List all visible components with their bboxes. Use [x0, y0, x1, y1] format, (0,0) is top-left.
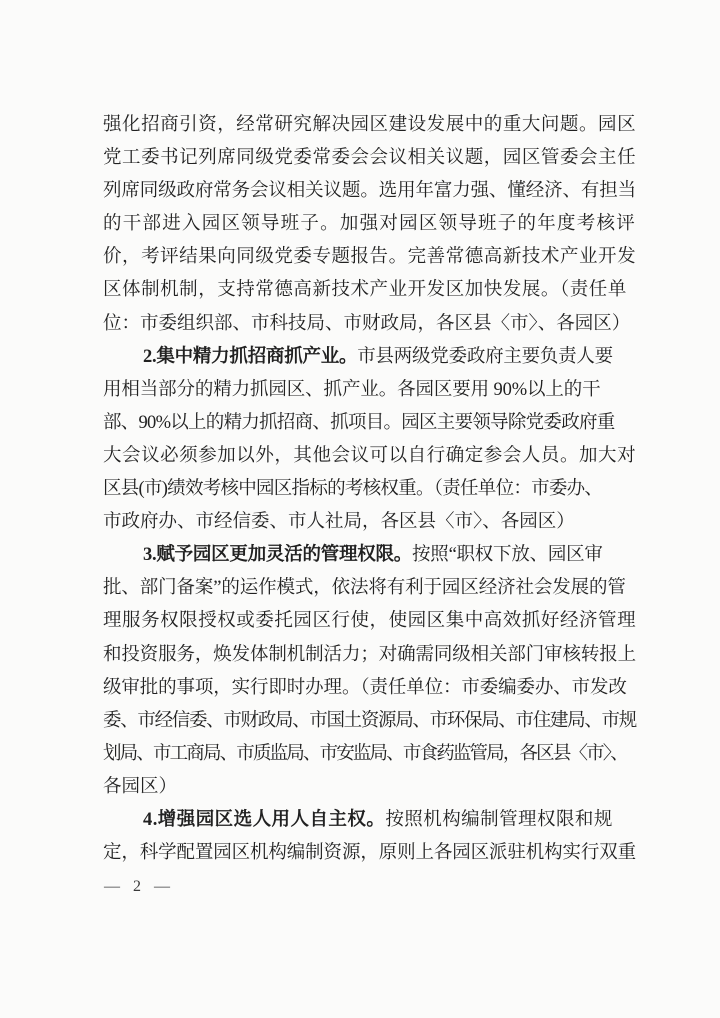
text-line: 划局、市工商局、市质监局、市安监局、市食药监管局，各区县〈市〉、 [103, 738, 636, 771]
body-text: 价，考评结果向同级党委专题报告。完善常德高新技术产业开发 [103, 247, 636, 267]
text-line: 用相当部分的精力抓园区、抓产业。各园区要用 90%以上的干 [103, 374, 636, 407]
body-text: 的干部进入园区领导班子。加强对园区领导班子的年度考核评 [103, 214, 636, 234]
section-heading: 2.集中精力抓招商抓产业。 [143, 347, 357, 367]
text-line: 2.集中精力抓招商抓产业。市县两级党委政府主要负责人要 [103, 341, 636, 374]
body-text: 和投资服务，焕发体制机制活力；对确需同级相关部门审核转报上 [103, 645, 636, 665]
body-text: 按照“职权下放、园区审 [412, 545, 603, 565]
page-number: — 2 — [104, 876, 171, 898]
text-line: 区县(市)绩效考核中园区指标的考核权重。（责任单位：市委办、 [103, 473, 636, 506]
responsibility-unit-text: 各园区） [103, 777, 177, 797]
responsibility-unit-text: 位：市委组织部、市科技局、市财政局，各区县〈市〉、各园区） [103, 314, 630, 334]
body-text: 用相当部分的精力抓园区、抓产业。各园区要用 90%以上的干 [103, 380, 601, 400]
body-text: 市县两级党委政府主要负责人要 [357, 347, 613, 367]
body-text: 列席同级政府常务会议相关议题。选用年富力强、懂经济、有担当 [103, 181, 636, 201]
body-text: 部、90%以上的精力抓招商、抓项目。园区主要领导除党委政府重 [103, 413, 615, 433]
section-heading: 4.增强园区选人用人自主权。 [143, 810, 385, 830]
text-line: 列席同级政府常务会议相关议题。选用年富力强、懂经济、有担当 [103, 175, 636, 208]
document-page: 强化招商引资，经常研究解决园区建设发展中的重大问题。园区党工委书记列席同级党委常… [0, 0, 720, 1018]
text-line: 委、市经信委、市财政局、市国土资源局、市环保局、市住建局、市规 [103, 705, 636, 738]
text-line: 市政府办、市经信委、市人社局，各区县〈市〉、各园区） [103, 506, 636, 539]
body-text: 理服务权限授权或委托园区行使，使园区集中高效抓好经济管理 [103, 611, 636, 631]
text-line: 部、90%以上的精力抓招商、抓项目。园区主要领导除党委政府重 [103, 407, 636, 440]
body-text: 区县(市)绩效考核中园区指标的考核权重。 [103, 479, 434, 499]
body-text: 定，科学配置园区机构编制资源，原则上各园区派驻机构实行双重 [103, 843, 636, 863]
text-line: 4.增强园区选人用人自主权。按照机构编制管理权限和规 [103, 804, 636, 837]
body-text: 强化招商引资，经常研究解决园区建设发展中的重大问题。园区 [103, 115, 636, 135]
text-line: 位：市委组织部、市科技局、市财政局，各区县〈市〉、各园区） [103, 308, 636, 341]
body-text: 区体制机制，支持常德高新技术产业开发区加快发展。 [103, 280, 560, 300]
text-line: 价，考评结果向同级党委专题报告。完善常德高新技术产业开发 [103, 241, 636, 274]
text-line: 的干部进入园区领导班子。加强对园区领导班子的年度考核评 [103, 208, 636, 241]
responsibility-unit-text: （责任单位：市委编委办、市发改 [360, 678, 626, 698]
responsibility-unit-text: 市政府办、市经信委、市人社局，各区县〈市〉、各园区） [103, 512, 575, 532]
responsibility-unit-text: （责任单 [560, 280, 627, 300]
text-line: 区体制机制，支持常德高新技术产业开发区加快发展。（责任单 [103, 274, 636, 307]
text-line: 级审批的事项，实行即时办理。（责任单位：市委编委办、市发改 [103, 672, 636, 705]
text-line: 党工委书记列席同级党委常委会会议相关议题，园区管委会主任 [103, 142, 636, 175]
responsibility-unit-text: （责任单位：市委办、 [434, 479, 602, 499]
body-text: 批、部门备案”的运作模式，依法将有利于园区经济社会发展的管 [103, 578, 626, 598]
responsibility-unit-text: 划局、市工商局、市质监局、市安监局、市食药监管局，各区县〈市〉、 [103, 744, 627, 764]
section-heading: 3.赋予园区更加灵活的管理权限。 [143, 545, 412, 565]
body-text: 党工委书记列席同级党委常委会会议相关议题，园区管委会主任 [103, 148, 636, 168]
document-text-block: 强化招商引资，经常研究解决园区建设发展中的重大问题。园区党工委书记列席同级党委常… [103, 109, 636, 870]
body-text: 级审批的事项，实行即时办理。 [103, 678, 360, 698]
responsibility-unit-text: 委、市经信委、市财政局、市国土资源局、市环保局、市住建局、市规 [103, 711, 636, 731]
text-line: 定，科学配置园区机构编制资源，原则上各园区派驻机构实行双重 [103, 837, 636, 870]
text-line: 批、部门备案”的运作模式，依法将有利于园区经济社会发展的管 [103, 572, 636, 605]
body-text: 大会议必须参加以外，其他会议可以自行确定参会人员。加大对 [103, 446, 636, 466]
text-line: 大会议必须参加以外，其他会议可以自行确定参会人员。加大对 [103, 440, 636, 473]
text-line: 理服务权限授权或委托园区行使，使园区集中高效抓好经济管理 [103, 605, 636, 638]
text-line: 强化招商引资，经常研究解决园区建设发展中的重大问题。园区 [103, 109, 636, 142]
text-line: 3.赋予园区更加灵活的管理权限。按照“职权下放、园区审 [103, 539, 636, 572]
text-line: 和投资服务，焕发体制机制活力；对确需同级相关部门审核转报上 [103, 639, 636, 672]
text-line: 各园区） [103, 771, 636, 804]
body-text: 按照机构编制管理权限和规 [385, 810, 613, 830]
